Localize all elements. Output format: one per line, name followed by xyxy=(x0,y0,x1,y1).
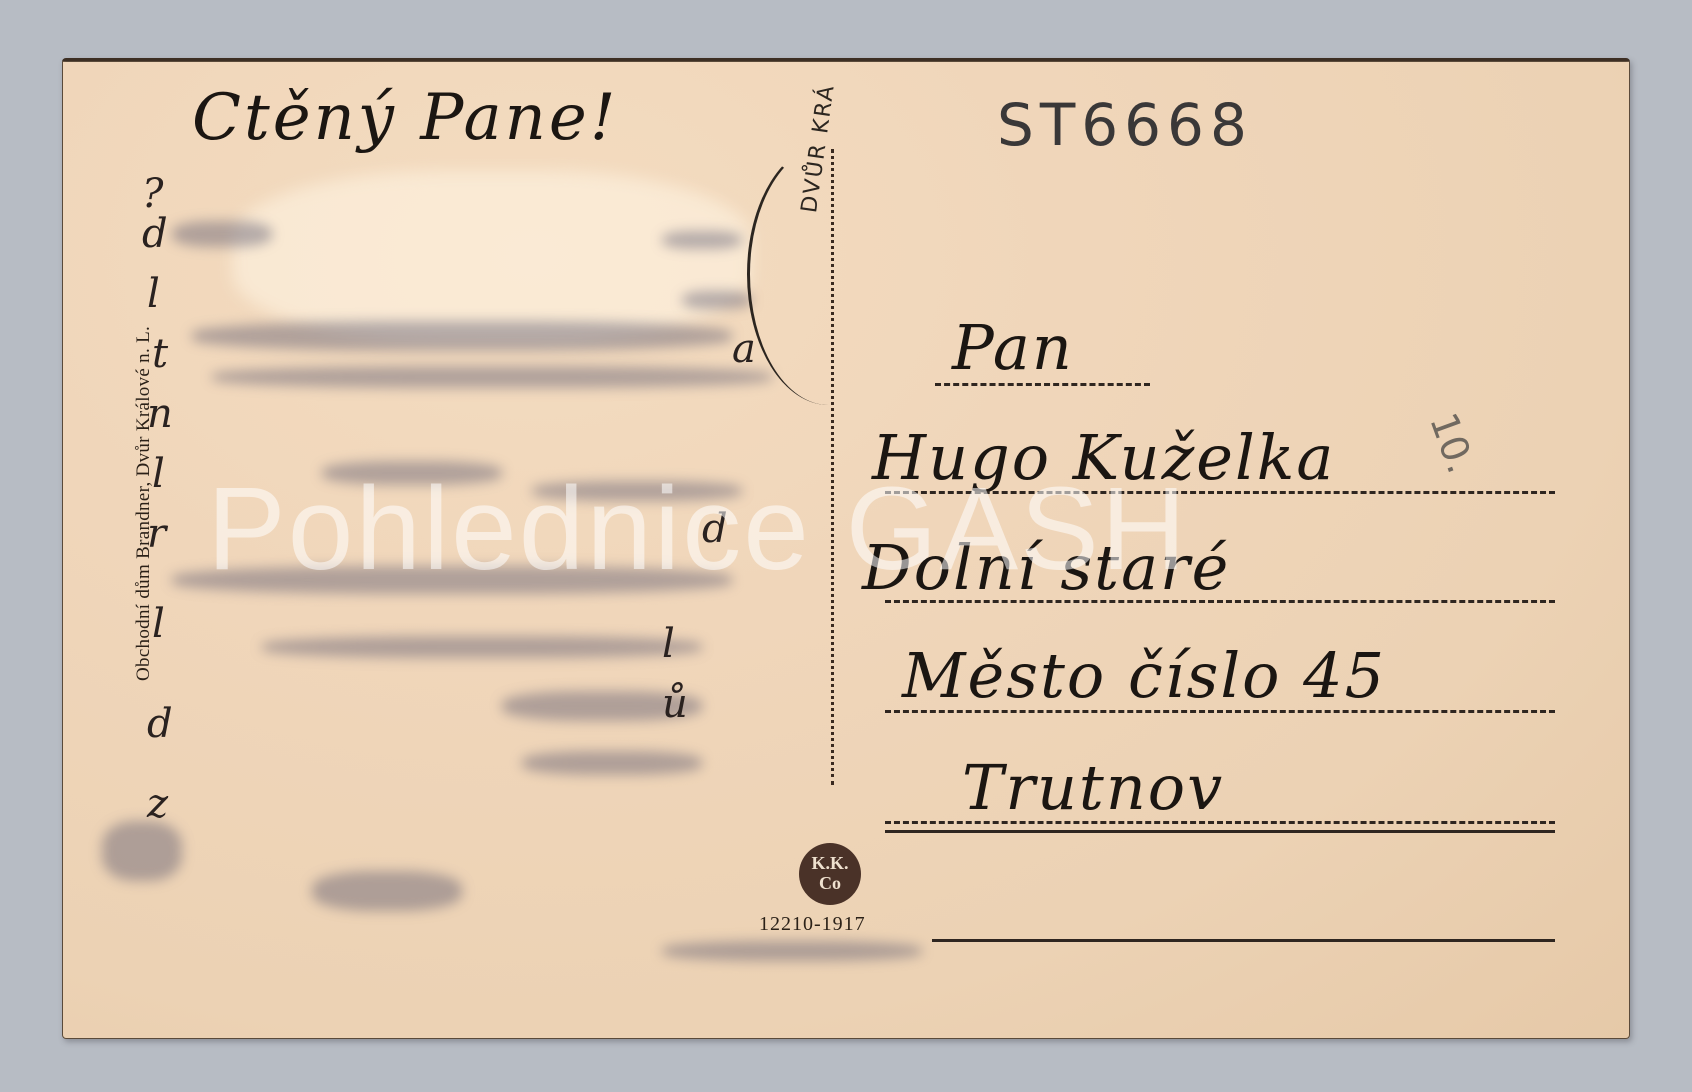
postmark-arc xyxy=(747,143,910,405)
reference-code: ST6668 xyxy=(997,91,1253,159)
margin-mark: l xyxy=(152,601,165,647)
publisher-logo: K.K. Co xyxy=(799,843,861,905)
address-salutation: Pan xyxy=(952,311,1074,384)
watermark: Pohlednice GASH xyxy=(207,461,1188,597)
ink-smudge xyxy=(192,321,732,351)
margin-mark: d xyxy=(147,701,173,747)
address-city-line: Město číslo 45 xyxy=(902,639,1386,712)
margin-mark: z xyxy=(147,781,168,827)
address-line xyxy=(885,830,1555,833)
greeting: Ctěný Pane! xyxy=(192,81,618,155)
margin-mark: l xyxy=(662,621,675,667)
ink-smudge xyxy=(522,751,702,775)
ink-smudge xyxy=(312,871,462,911)
ink-smudge xyxy=(102,821,182,881)
address-line xyxy=(885,600,1555,603)
ink-smudge xyxy=(262,636,702,658)
pencil-mark: 10. xyxy=(1421,407,1483,479)
margin-mark: a xyxy=(732,326,756,372)
erased-area xyxy=(232,171,752,341)
margin-mark: l xyxy=(147,271,160,317)
address-line xyxy=(935,383,1150,386)
address-town: Trutnov xyxy=(962,751,1224,824)
margin-mark: ů xyxy=(662,681,688,727)
margin-mark: l xyxy=(152,451,165,497)
address-line xyxy=(885,821,1555,824)
margin-mark: d xyxy=(142,211,168,257)
ink-smudge xyxy=(682,291,752,309)
ink-smudge xyxy=(172,221,272,247)
print-code: 12210-1917 xyxy=(759,913,866,936)
address-line xyxy=(885,710,1555,713)
ink-smudge xyxy=(212,366,772,388)
margin-mark: n xyxy=(147,391,173,437)
ink-smudge xyxy=(662,941,922,961)
address-line xyxy=(932,939,1555,942)
margin-mark: r xyxy=(147,511,166,557)
margin-mark: t xyxy=(152,331,168,377)
postcard-back: Ctěný Pane! ST6668 Obchodní dům Brandner… xyxy=(62,58,1630,1039)
ink-smudge xyxy=(662,231,742,249)
